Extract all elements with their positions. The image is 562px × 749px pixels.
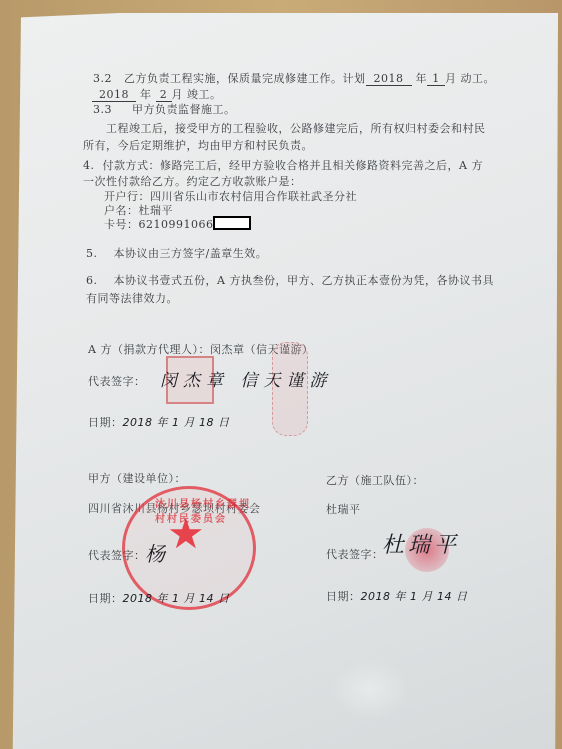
year-char: 年 bbox=[416, 72, 428, 85]
bank-value: 四川省乐山市农村信用合作联社武圣分社 bbox=[150, 190, 357, 203]
party-a-signature: 闵杰章 信天谨游 bbox=[160, 366, 332, 391]
clause-3-2-end: 2018 年 2月 竣工。 bbox=[92, 86, 222, 102]
clause-6-line-2: 有同等法律效力。 bbox=[86, 290, 178, 306]
clause-5: 5. 本协议由三方签字/盖章生效。 bbox=[86, 245, 267, 261]
clause-text: 本协议书壹式五份，A 方执叁份，甲方、乙方执正本壹份为凭，各协议书具 bbox=[114, 274, 494, 287]
clause-3-3-body-2: 所有，今后定期维护，均由甲方和村民负责。 bbox=[83, 137, 313, 153]
month-char: 月 bbox=[172, 88, 184, 101]
party-a-sign-label: 代表签字： bbox=[88, 373, 146, 389]
party-jia-date: 2018 年 1 月 14 日 bbox=[123, 592, 230, 605]
party-jia-signature: 杨 bbox=[145, 538, 166, 567]
party-yi-label: 乙方（施工队伍）： bbox=[326, 472, 424, 488]
party-yi-date-row: 日期：2018 年 1 月 14 日 bbox=[326, 588, 467, 604]
year-char: 年 bbox=[140, 88, 152, 101]
clause-3-3-title: 3.3 甲方负责监督施工。 bbox=[93, 101, 235, 117]
start-label: 动工。 bbox=[461, 72, 496, 85]
party-a-date-row: 日期：2018 年 1 月 18 日 bbox=[88, 414, 229, 430]
party-yi-signature: 杜瑞平 bbox=[382, 528, 460, 559]
clause-3-2: 3.2 乙方负责工程实施，保质量完成修建工作。计划2018 年1月 动工。 bbox=[93, 70, 495, 86]
clause-text: 乙方负责工程实施，保质量完成修建工作。计划 bbox=[124, 72, 366, 85]
redaction-box bbox=[213, 216, 251, 230]
party-yi-name: 杜瑞平 bbox=[326, 501, 361, 517]
start-month: 1 bbox=[427, 72, 445, 86]
end-label: 竣工。 bbox=[187, 88, 222, 101]
clause-number: 3.2 bbox=[93, 72, 112, 85]
clause-text: 付款方式：修路完工后，经甲方验收合格并且相关修路资料完善之后，A 方 bbox=[103, 159, 483, 172]
seal-text: 沐川县杨村乡瑟坝村村民委员会 bbox=[155, 495, 253, 525]
end-month: 2 bbox=[156, 88, 172, 102]
party-yi-date: 2018 年 1 月 14 日 bbox=[361, 590, 468, 603]
date-label: 日期： bbox=[88, 592, 123, 605]
clause-4-line-1: 4. 付款方式：修路完工后，经甲方验收合格并且相关修路资料完善之后，A 方 bbox=[83, 157, 483, 173]
clause-number: 5. bbox=[86, 247, 98, 260]
party-yi-sign-label: 代表签字： bbox=[326, 546, 384, 562]
clause-title: 甲方负责监督施工。 bbox=[132, 103, 236, 116]
date-label: 日期： bbox=[326, 590, 361, 603]
clause-number: 3.3 bbox=[93, 103, 112, 116]
clause-4-line-2: 一次性付款给乙方。约定乙方收款账户是： bbox=[83, 173, 302, 189]
party-jia-label: 甲方（建设单位）： bbox=[88, 470, 186, 486]
start-year: 2018 bbox=[366, 72, 412, 86]
clause-number: 4. bbox=[83, 159, 95, 172]
party-a-date: 2018 年 1 月 18 日 bbox=[123, 416, 230, 429]
date-label: 日期： bbox=[88, 416, 123, 429]
clause-text: 本协议由三方签字/盖章生效。 bbox=[114, 247, 268, 260]
clause-number: 6. bbox=[86, 274, 98, 287]
month-char: 月 bbox=[445, 72, 457, 85]
end-year: 2018 bbox=[92, 88, 136, 102]
paper-crease bbox=[330, 660, 410, 720]
party-jia-sign-label: 代表签字： bbox=[88, 547, 146, 563]
clause-3-3-body-1: 工程竣工后，接受甲方的工程验收，公路修建完后，所有权归村委会和村民 bbox=[106, 120, 486, 136]
clause-6-line-1: 6. 本协议书壹式五份，A 方执叁份，甲方、乙方执正本壹份为凭，各协议书具 bbox=[86, 272, 494, 288]
card-label: 卡号： bbox=[104, 218, 139, 231]
party-jia-date-row: 日期：2018 年 1 月 14 日 bbox=[88, 590, 229, 606]
